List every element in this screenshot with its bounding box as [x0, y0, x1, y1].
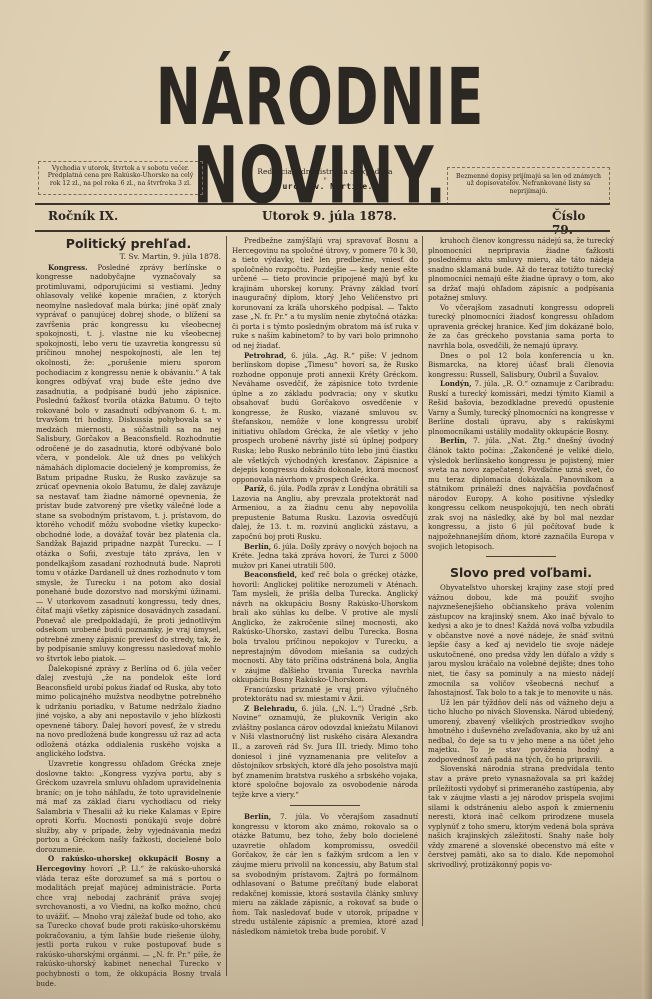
news-paragraph: Slovenská národnia strana predvídala ten…	[428, 764, 614, 869]
news-paragraph: Beaconsfield, keď reč bola o gréckej otá…	[232, 570, 418, 685]
paragraph-lead: Kongress.	[48, 263, 88, 272]
byline: T. Sv. Martin, 9. júla 1878.	[36, 252, 221, 262]
dateline: Ročník IX. Utorok 9. júla 1878. Číslo 79…	[40, 209, 600, 229]
section-title-election: Slovo pred voľbami.	[428, 565, 614, 580]
header-rule-top	[35, 203, 610, 205]
news-paragraph: Z Belehradu, 6. júla. („N. L.“) Úradné „…	[232, 704, 418, 799]
news-paragraph: Obyvateľstvo uhorskej krajiny zase stojí…	[428, 583, 614, 698]
letters-notice: Bezmenné dopisy prijímajú sa len od znám…	[447, 167, 610, 205]
news-paragraph: Francúzsku priznaté je vraj právo výlučn…	[232, 685, 418, 704]
column-divider-1	[226, 236, 227, 976]
issue-number: Číslo 79.	[552, 209, 600, 237]
news-paragraph: Paríž, 6. júla. Podľa zpráv z Londýna ob…	[232, 484, 418, 541]
subscription-info: Vychodia v utorok, štvrtok a v sobotu ve…	[38, 161, 203, 195]
column-3: kruhoch členov kongressu nádejú sa, že t…	[428, 236, 614, 916]
paragraph-lead: Z Belehradu,	[244, 704, 297, 713]
news-paragraph: O rakúsko-uhorskej okkupácii Bosny a Her…	[36, 854, 221, 988]
editorial-address: Redakcia, administrácia a expedícia v Tu…	[230, 167, 420, 191]
address-line-1: Redakcia, administrácia a expedícia	[230, 167, 420, 176]
news-paragraph: Predbežne zamýšľajú vraj spravovať Bosnu…	[232, 236, 418, 351]
news-paragraph: Berlín, 7. júla. „Nat. Ztg.“ dnešný úvod…	[428, 436, 614, 551]
section-title-political-review: Politický prehľad.	[36, 236, 221, 251]
column-2: Predbežne zamýšľajú vraj spravovať Bosnu…	[232, 236, 418, 936]
page-edge	[642, 0, 652, 999]
news-paragraph: Uzavretie kongressu ohľadom Grécka zneje…	[36, 759, 221, 854]
address-town: Turč. Sv. Martine.	[230, 182, 420, 191]
volume-number: Ročník IX.	[48, 209, 118, 223]
column-3-body: kruhoch členov kongressu nádejú sa, že t…	[428, 236, 614, 551]
news-paragraph: Kongress. Posledné zprávy berlínske o ko…	[36, 263, 221, 664]
news-paragraph: Už len pár týždňov delí nás od vážneho d…	[428, 698, 614, 765]
news-paragraph: Berlín, 7. júla. Vo včerajšom zasadnutí …	[232, 812, 418, 936]
news-paragraph: Vo včerajšom zasadnutí kongressu odoprel…	[428, 303, 614, 351]
paragraph-lead: Beaconsfield,	[244, 570, 297, 579]
column-1-body: Kongress. Posledné zprávy berlínske o ko…	[36, 263, 221, 989]
news-paragraph: Londýn, 7. júla. „R. O.“ oznamuje z Cari…	[428, 379, 614, 436]
news-paragraph: Berlín, 6. júla. Došly zprávy o nových b…	[232, 542, 418, 571]
column-1: Politický prehľad. T. Sv. Martin, 9. júl…	[36, 236, 221, 996]
paragraph-lead: Berlín,	[244, 812, 271, 821]
paragraph-lead: Londýn,	[440, 379, 472, 388]
article-separator	[486, 556, 556, 557]
newspaper-page: NÁRODNIE NOVINY. Vychodia v utorok, štvr…	[0, 0, 652, 999]
issue-date: Utorok 9. júla 1878.	[262, 209, 397, 223]
column-2-body: Predbežne zamýšľajú vraj spravovať Bosnu…	[232, 236, 418, 936]
news-paragraph: Petrohrad, 6. júla. „Ag. R.“ píše: V jed…	[232, 351, 418, 485]
news-paragraph: Ďalekopisné zprávy z Berlína od 6. júla …	[36, 664, 221, 759]
news-paragraph: kruhoch členov kongressu nádejú sa, že t…	[428, 236, 614, 303]
paragraph-lead: Berlín,	[244, 542, 271, 551]
paragraph-lead: O rakúsko-uhorskej okkupácii Bosny a Her…	[36, 854, 221, 873]
paragraph-lead: Petrohrad,	[244, 351, 286, 360]
article-separator	[290, 805, 360, 806]
paragraph-lead: Paríž,	[244, 484, 267, 493]
column-divider-2	[422, 236, 423, 926]
paragraph-lead: Berlín,	[440, 436, 467, 445]
election-article-body: Obyvateľstvo uhorskej krajiny zase stojí…	[428, 583, 614, 869]
news-paragraph: Dnes o pol 12 bola konferencia u kn. Bis…	[428, 351, 614, 380]
header-rule-bottom	[35, 230, 610, 232]
